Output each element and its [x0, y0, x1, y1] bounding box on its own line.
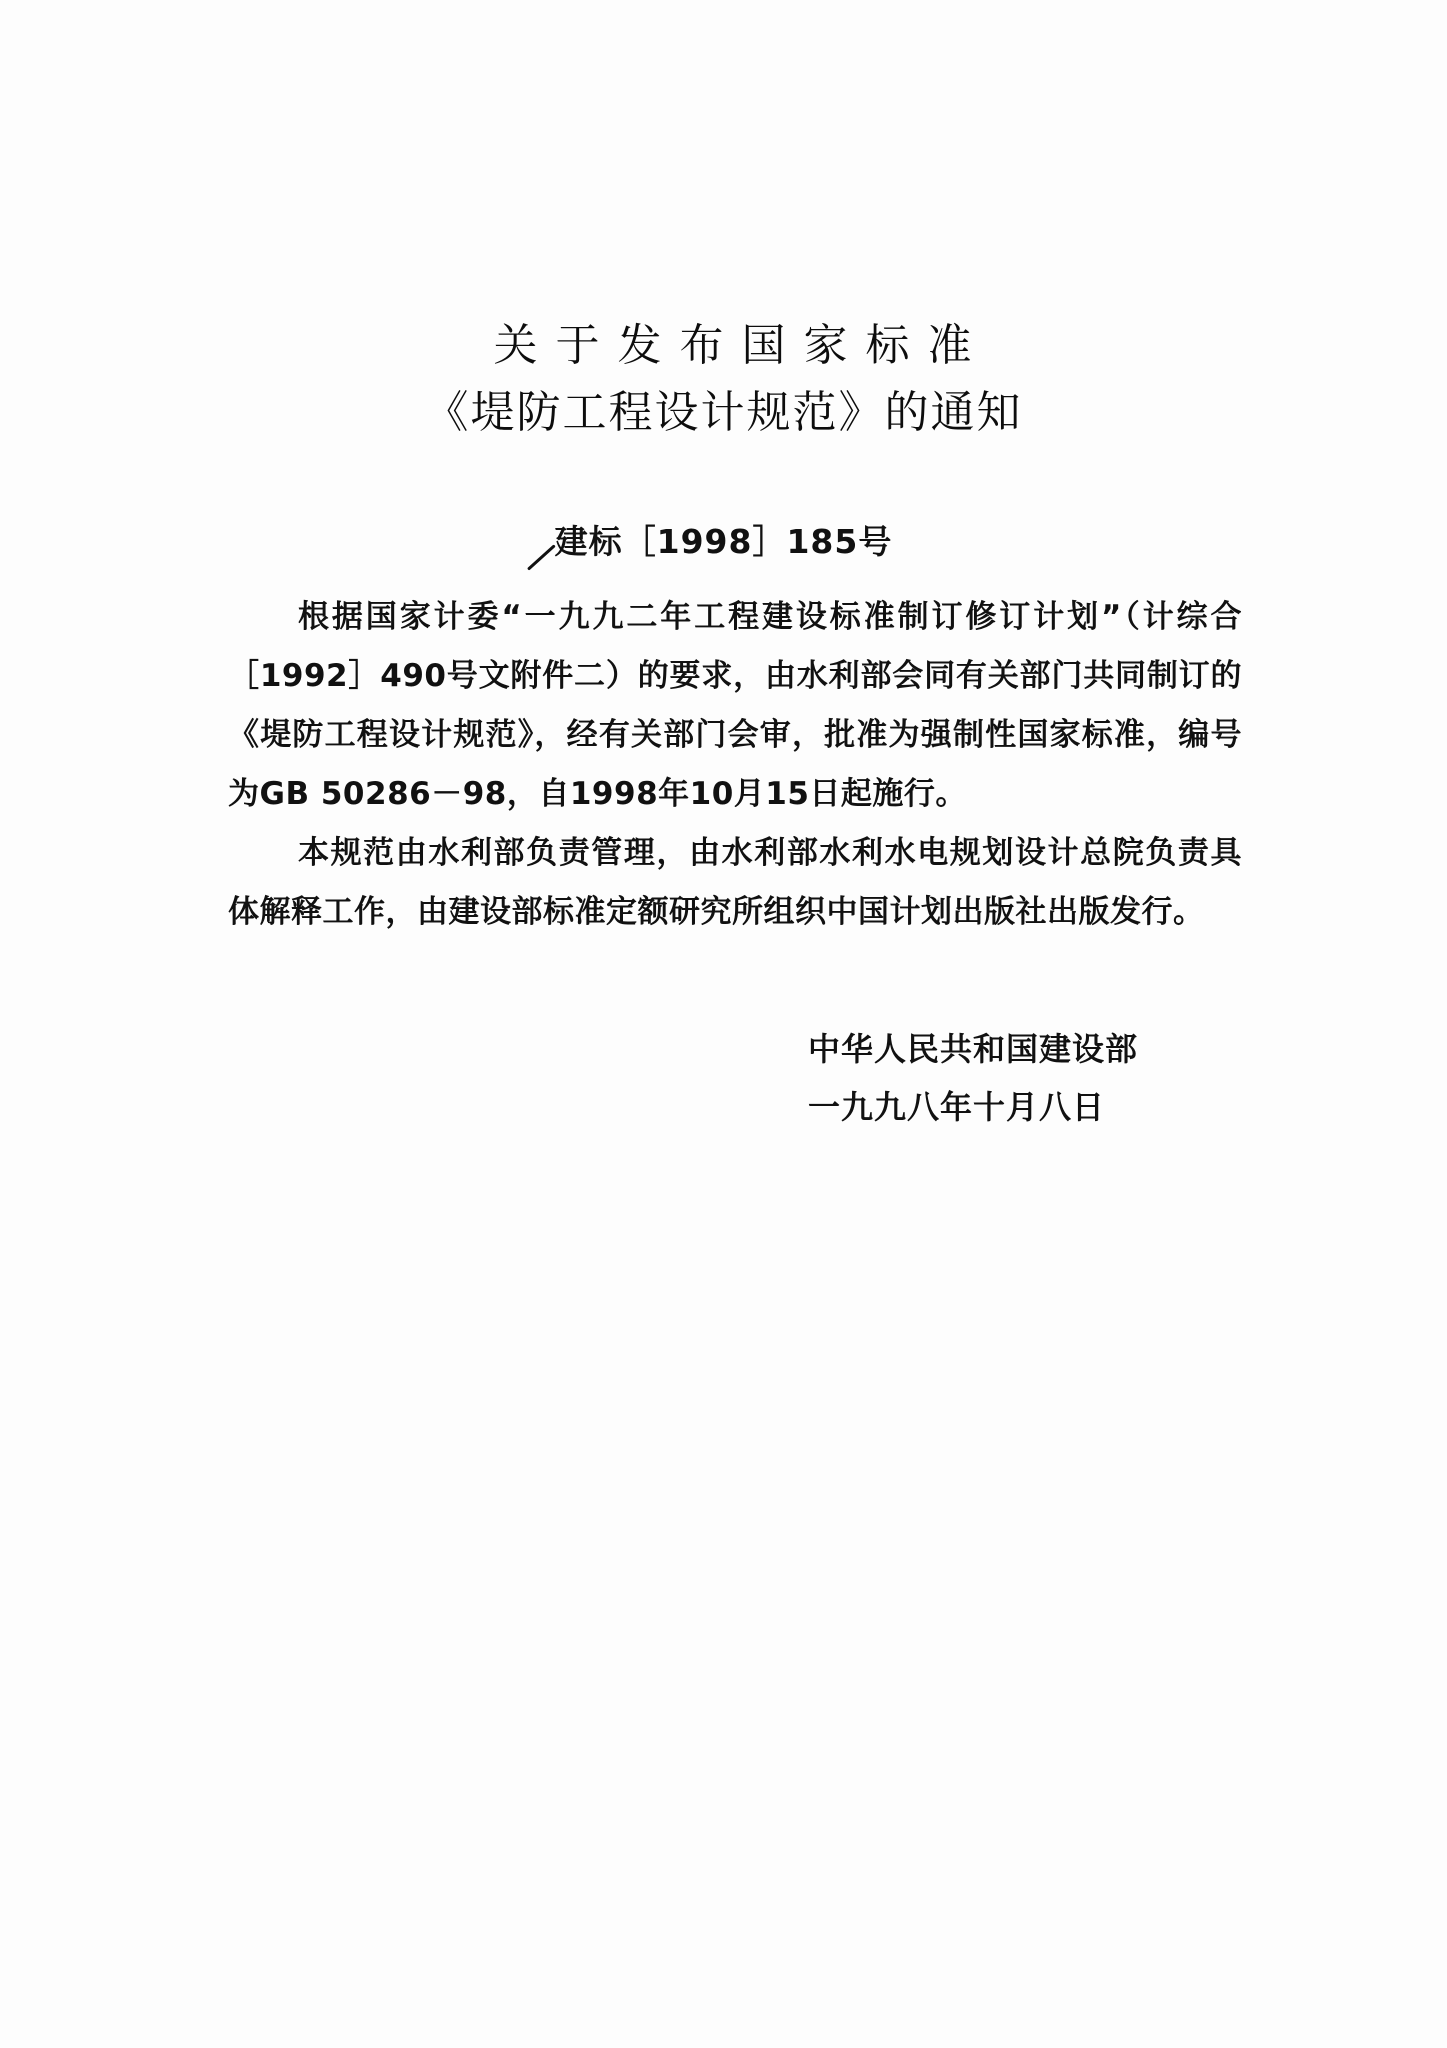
document-number: 建标［1998］185号	[0, 520, 1447, 564]
signature-block: 中华人民共和国建设部 一九九八年十月八日	[808, 1020, 1138, 1136]
paragraph-management: 本规范由水利部负责管理，由水利部水利水电规划设计总院负责具体解释工作，由建设部标…	[228, 824, 1242, 942]
document-page: 关于发布国家标准 《堤防工程设计规范》的通知 建标［1998］185号 根据国家…	[0, 0, 1447, 2048]
notice-body: 根据国家计委“一九九二年工程建设标准制订修订计划”（计综合［1992］490号文…	[228, 588, 1242, 942]
issuing-authority: 中华人民共和国建设部	[808, 1020, 1138, 1078]
notice-title-line-1: 关于发布国家标准	[0, 318, 1447, 374]
paragraph-approval: 根据国家计委“一九九二年工程建设标准制订修订计划”（计综合［1992］490号文…	[228, 588, 1242, 824]
issue-date: 一九九八年十月八日	[808, 1078, 1138, 1136]
notice-title-line-2: 《堤防工程设计规范》的通知	[0, 385, 1447, 441]
